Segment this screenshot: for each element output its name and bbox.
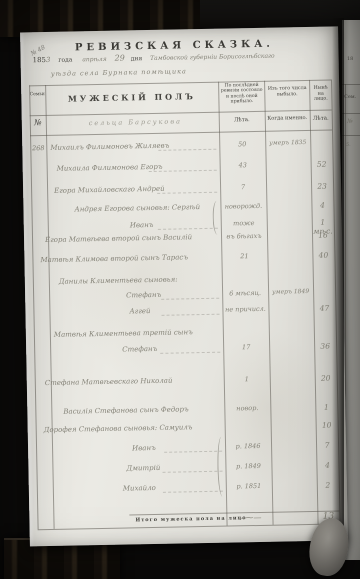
person-name: Василія Стефанова сынъ Федоръ	[63, 405, 188, 415]
leader-line	[164, 451, 222, 454]
age-previous: 7	[220, 183, 266, 192]
table-row: Матвѣя Климентьева третій сынъ	[42, 325, 338, 342]
leader-line	[163, 491, 223, 494]
table-row: Матвѣя Климова второй сынъ Тарасъ 21 40	[40, 250, 336, 267]
table-row: Аггей не причисл. 47	[41, 303, 337, 320]
when-departed	[266, 160, 311, 161]
age-previous	[225, 422, 271, 423]
table-border	[29, 80, 331, 87]
age-previous: новорожд.	[220, 202, 266, 211]
date-goda: года	[58, 56, 72, 63]
date-prefix: 185	[33, 56, 47, 64]
when-departed	[271, 421, 316, 422]
next-page-rule	[342, 135, 360, 136]
when-departed	[272, 481, 317, 482]
person-name: Михаила Филимонова Егоръ	[57, 163, 163, 173]
table-row: Егора Михайловскаго Андрей 7 23	[39, 181, 335, 198]
when-departed	[266, 182, 311, 183]
subheader-when-exactly: Когда именно.	[265, 116, 310, 123]
when-departed	[269, 342, 314, 343]
table-border	[38, 523, 340, 530]
next-page-family-label: Сем.	[344, 94, 356, 100]
age-previous: тоже	[221, 219, 267, 228]
when-departed	[269, 326, 314, 327]
table-row: Данилы Климентьева сыновья:	[41, 272, 337, 289]
when-departed	[271, 461, 316, 462]
age-now: 23	[311, 182, 333, 191]
gutter-shadow	[332, 18, 344, 562]
next-page-family-no: 5.	[346, 142, 351, 148]
when-departed	[268, 304, 313, 305]
age-previous: р. 1849	[225, 462, 271, 471]
column-header-departed: Изъ того числа выбыло.	[265, 86, 309, 98]
age-previous: 50	[219, 140, 265, 149]
when-departed	[271, 441, 316, 442]
leader-line	[160, 352, 220, 355]
date-tail: Тамбовской губерніи Борисоглѣбскаго	[150, 53, 275, 62]
footer-flourish: —⁓—	[227, 513, 271, 523]
person-name: Егора Матвѣева второй сынъ Василій	[45, 233, 192, 244]
next-page-no-label: №	[347, 118, 353, 125]
table-row: Стефана Матвѣевскаго Николай 1 20	[43, 373, 339, 390]
when-departed	[267, 251, 312, 252]
table-row: Дмитрій р. 1849 4	[44, 460, 340, 477]
leader-line	[157, 192, 217, 195]
subheader-years-prev: Лѣта.	[219, 117, 265, 124]
person-name: Стефанъ	[126, 291, 161, 300]
person-name: Стефанъ	[122, 345, 157, 354]
leader-line	[158, 149, 216, 152]
when-departed	[270, 403, 315, 404]
next-page-rule	[342, 113, 360, 114]
column-header-family-no: №	[30, 118, 46, 127]
brace-mark	[217, 437, 227, 497]
age-previous: 17	[223, 343, 269, 352]
person-name: Стефана Матвѣевскаго Николай	[45, 377, 173, 387]
age-now: 52	[311, 160, 333, 169]
next-page-year: 18	[347, 56, 353, 62]
person-name: Иванъ	[130, 221, 154, 229]
next-page-rule	[342, 84, 360, 85]
age-previous: 21	[221, 252, 267, 261]
person-name: Дорофея Стефанова сыновья: Самуилъ	[44, 423, 193, 434]
date-tail-line2: уѣзда села Бурнака помѣщика	[51, 67, 187, 78]
person-name: Михайло	[123, 484, 156, 493]
age-previous: р. 1846	[225, 442, 271, 451]
table-row: Михаилъ Филимоновъ Жиляевъ 50 умеръ 1835	[38, 138, 334, 155]
leader-line	[161, 298, 219, 301]
age-previous: 6 мѣсяц.	[222, 289, 268, 298]
when-departed	[268, 273, 313, 274]
column-header-present: Нынѣ на лицо.	[310, 86, 331, 103]
leader-line	[162, 314, 220, 317]
date-month: апрѣля	[82, 56, 107, 63]
person-name: Матвѣя Климова второй сынъ Тарасъ	[40, 253, 188, 264]
person-name: Иванъ	[132, 444, 156, 452]
when-departed	[266, 201, 311, 202]
date-dnya: дня	[131, 55, 143, 62]
age-now: 4	[311, 200, 333, 209]
date-day: 29	[115, 53, 125, 62]
document-page: № 48 РЕВИЗСКАЯ СКАЗКА. 1853 года апрѣля …	[20, 26, 348, 546]
table-row: Стефанъ 17 36	[42, 341, 338, 358]
column-header-family: Семьи	[29, 92, 45, 97]
table-row: Андрея Егорова сыновья: Сергѣй новорожд.…	[39, 200, 335, 217]
when-departed	[270, 374, 315, 375]
person-name: Дмитрій	[126, 464, 160, 473]
when-departed: умеръ 1849	[268, 288, 313, 296]
person-name: Матвѣя Климентьева третій сынъ	[54, 328, 193, 339]
age-now: 16	[312, 230, 334, 239]
table-row: Дорофея Стефанова сыновья: Самуилъ 10	[44, 420, 340, 437]
age-previous: 1	[224, 375, 270, 384]
subheader-years-now: Лѣта.	[310, 116, 332, 123]
person-name: Аггей	[129, 307, 150, 315]
age-previous: р. 1851	[226, 482, 272, 491]
age-previous	[222, 274, 268, 275]
when-departed	[267, 231, 312, 232]
table-border	[30, 130, 332, 137]
date-year: 3	[46, 56, 51, 64]
table-row: Михайло р. 1851 2	[45, 480, 341, 497]
person-name: Данилы Климентьева сыновья:	[59, 276, 178, 286]
table-row: Михаила Филимонова Егоръ 43 52	[39, 159, 335, 176]
table-row: Стефанъ 6 мѣсяц. умеръ 1849	[41, 287, 337, 304]
table-row: Иванъ р. 1846 7	[44, 440, 340, 457]
village-note: сельца Барсукова	[58, 117, 213, 128]
when-departed: умеръ 1835	[265, 139, 310, 147]
age-previous: не причисл.	[222, 305, 268, 314]
column-header-male: МУЖЕСКІЙ ПОЛЪ	[45, 92, 218, 105]
age-previous	[223, 327, 269, 328]
age-previous: въ бѣгахъ	[221, 232, 267, 241]
age-previous: новор.	[224, 404, 270, 413]
age-previous: 43	[220, 161, 266, 170]
person-name: Андрея Егорова сыновья: Сергѣй	[74, 203, 200, 213]
leader-line	[158, 228, 218, 231]
table-row: Василія Стефанова сынъ Федоръ новор. 1	[43, 402, 339, 419]
person-name: Егора Михайловскаго Андрей	[54, 185, 165, 195]
column-header-previous-revision: По послѣдней ревизіи состояло и послѣ он…	[219, 83, 264, 105]
person-name: Михаилъ Филимоновъ Жиляевъ	[50, 142, 169, 152]
brace-mark	[212, 201, 222, 235]
leader-line	[149, 170, 217, 173]
when-departed	[267, 218, 312, 219]
leader-line	[163, 471, 223, 474]
scanned-document-photo: 18 Сем. № 5. № 48 РЕВИЗСКАЯ СКАЗКА. 1853…	[0, 0, 360, 579]
